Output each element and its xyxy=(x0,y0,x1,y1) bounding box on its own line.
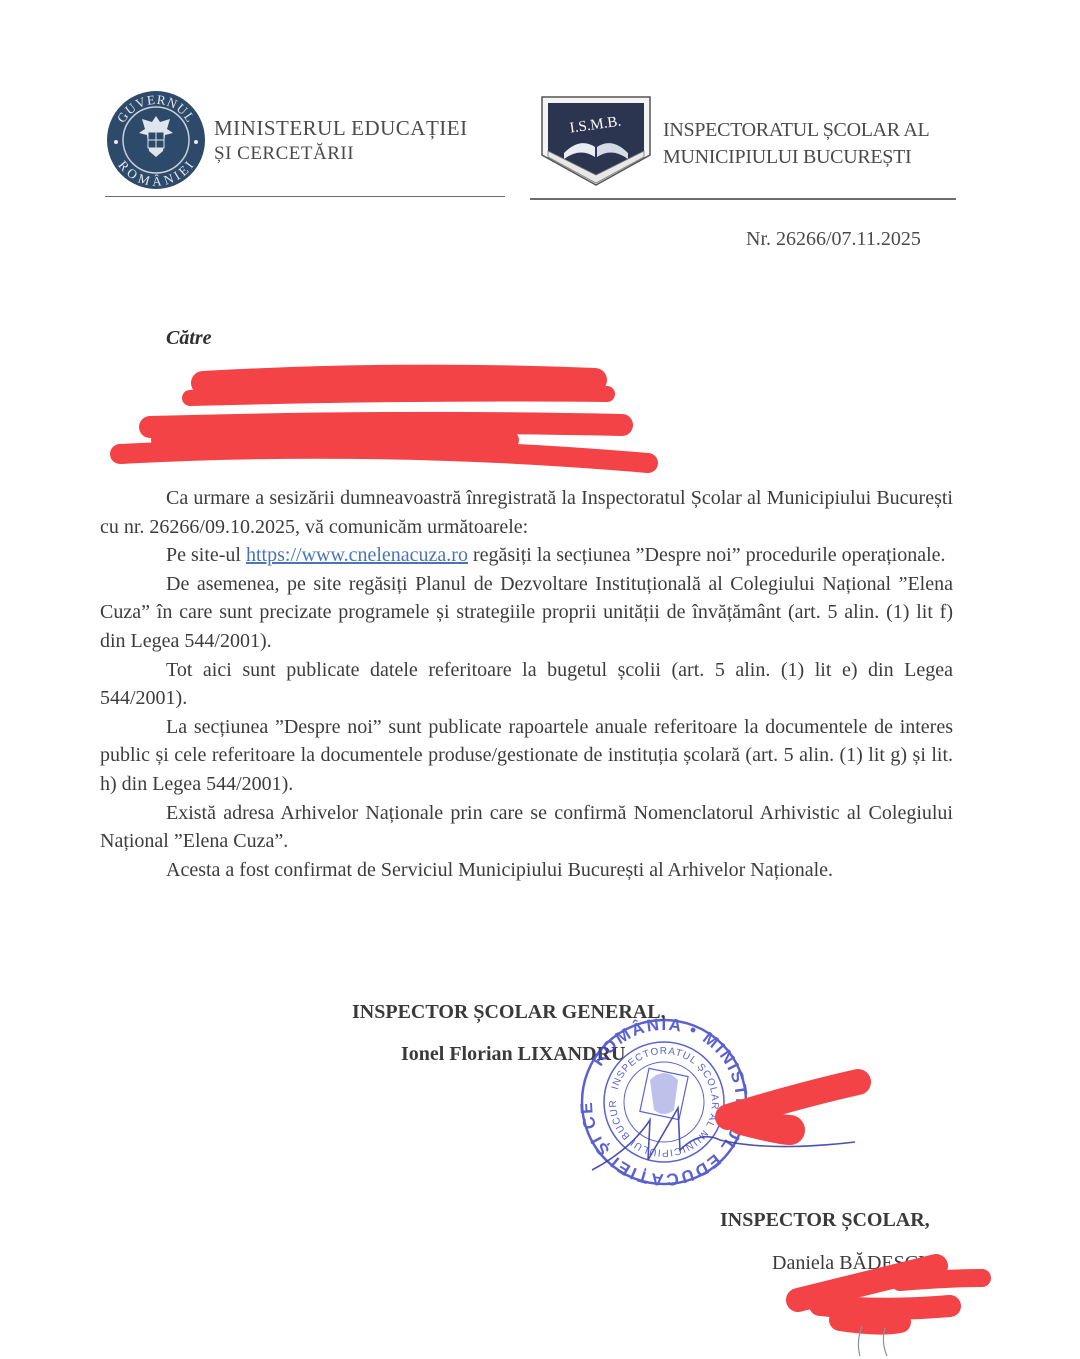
inspectorate-name-line1: INSPECTORATUL ȘCOLAR AL xyxy=(663,117,929,144)
inspectorate-name-line2: MUNICIPIULUI BUCUREȘTI xyxy=(663,144,929,171)
redaction-mark-addressee-line2 xyxy=(150,423,622,427)
paragraph-2-text-after: regăsiți la secțiunea ”Despre noi” proce… xyxy=(468,544,946,566)
paragraph-4: Tot aici sunt publicate datele referitoa… xyxy=(100,656,953,713)
paragraph-2: Pe site-ul https://www.cnelenacuza.ro re… xyxy=(100,541,953,570)
inspector-title: INSPECTOR ȘCOLAR, xyxy=(720,1209,930,1232)
registration-number: Nr. 26266/07.11.2025 xyxy=(746,228,921,251)
letter-body: Ca urmare a sesizării dumneavoastră înre… xyxy=(100,484,953,884)
paragraph-3: De asemenea, pe site regăsiți Planul de … xyxy=(100,570,953,656)
inspector-name: Daniela BĂDESCU xyxy=(772,1252,933,1275)
paragraph-6: Există adresa Arhivelor Naționale prin c… xyxy=(100,799,953,856)
paragraph-5: La secțiunea ”Despre noi” sunt publicate… xyxy=(100,713,953,799)
paragraph-1: Ca urmare a sesizării dumneavoastră înre… xyxy=(100,484,953,541)
ismb-shield-logo: I.S.M.B. xyxy=(540,95,652,187)
inspectorate-name: INSPECTORATUL ȘCOLAR AL MUNICIPIULUI BUC… xyxy=(663,117,929,171)
header-divider-left xyxy=(105,196,505,197)
paragraph-7: Acesta a fost confirmat de Serviciul Mun… xyxy=(100,856,953,885)
ministry-name-line2: ȘI CERCETĂRII xyxy=(214,141,468,166)
redaction-mark-addressee-line1 xyxy=(203,377,595,383)
header-divider-right xyxy=(530,198,956,200)
school-website-link[interactable]: https://www.cnelenacuza.ro xyxy=(246,544,468,566)
addressee-label: Către xyxy=(166,327,212,350)
ministry-name: MINISTERUL EDUCAȚIEI ȘI CERCETĂRII xyxy=(214,116,468,166)
ministry-name-line1: MINISTERUL EDUCAȚIEI xyxy=(214,116,468,141)
official-stamp: ROMÂNIA • MINISTERUL EDUCAȚIEI ȘI CERCET… xyxy=(570,1010,870,1190)
government-seal-logo: GUVERNUL ROMÂNIEI xyxy=(106,90,206,190)
paragraph-2-text-before: Pe site-ul xyxy=(166,544,246,566)
